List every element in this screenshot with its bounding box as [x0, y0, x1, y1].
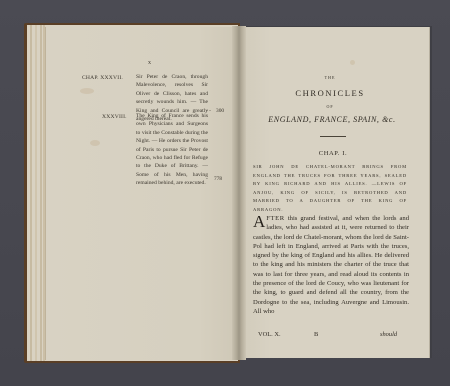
page-edge	[30, 25, 32, 361]
drop-cap: A	[253, 215, 265, 229]
title-of: OF	[310, 104, 350, 109]
book-gutter	[232, 26, 246, 360]
book-subtitle: ENGLAND, FRANCE, SPAIN, &c.	[252, 115, 412, 124]
volume-number: VOL. X.	[258, 331, 281, 338]
body-text: this grand festival, and when the lords …	[253, 215, 409, 315]
book-title: CHRONICLES	[270, 88, 390, 98]
title-rule	[320, 136, 346, 137]
toc-chapter-label: XXXVIII.	[102, 114, 127, 120]
chapter-summary: Sir John de Chatel-Morant brings from En…	[253, 163, 407, 215]
chapter-heading: CHAP. I.	[300, 150, 366, 157]
page-number: x	[148, 60, 151, 66]
chapter-body: AFTER this grand festival, and when the …	[253, 214, 409, 316]
toc-page-number: 300	[216, 108, 224, 114]
book-photo: x CHAP. XXXVII. Sir Peter de Craon, thro…	[0, 0, 450, 386]
toc-chapter-text: The King of France sends his own Physici…	[136, 112, 208, 188]
page-edge	[43, 25, 45, 361]
toc-page-dots: -	[206, 176, 208, 182]
title-the: THE	[300, 75, 360, 80]
catchword: should	[380, 331, 397, 338]
signature-mark: B	[314, 331, 318, 338]
page-edge	[35, 25, 37, 361]
first-words: FTER	[266, 215, 285, 222]
toc-page-number: 778	[214, 176, 222, 182]
page-edge	[40, 25, 42, 361]
toc-chapter-label: CHAP. XXXVII.	[82, 75, 123, 81]
